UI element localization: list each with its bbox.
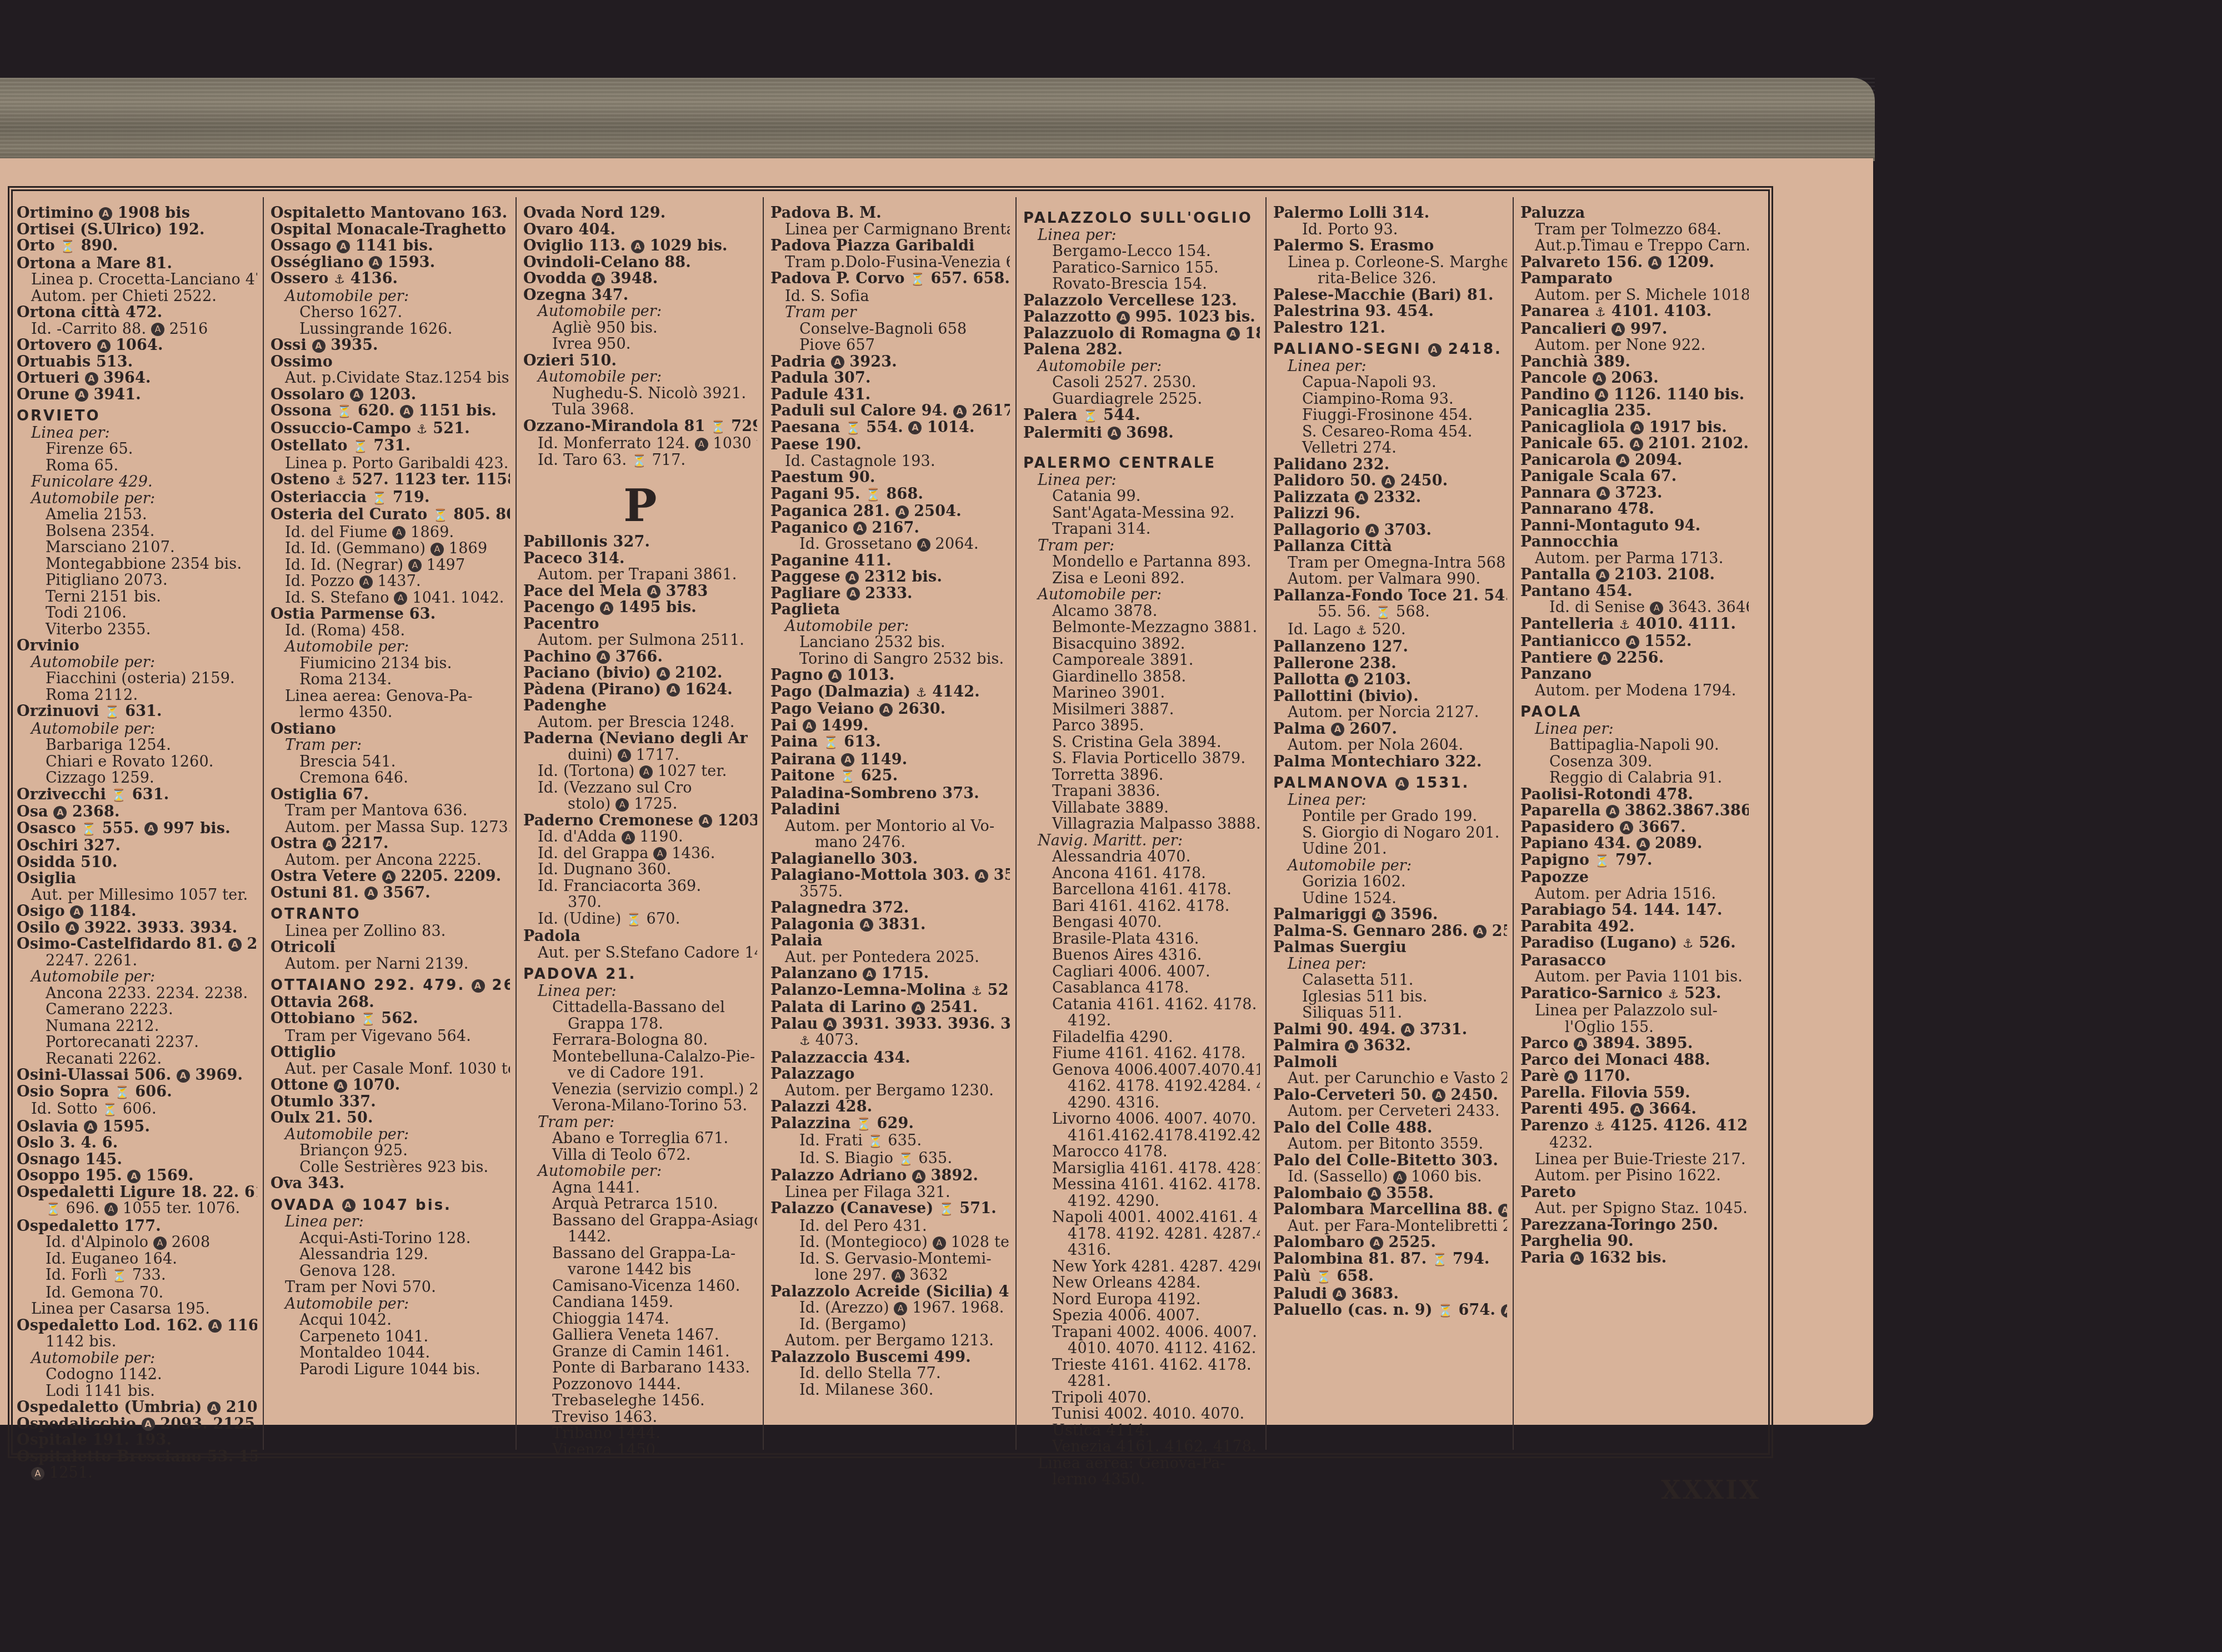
station-sub-entry: Alessandria 4070. — [1023, 849, 1260, 865]
station-sub-entry: Id. di Senise A 3643. 3646. — [1520, 599, 1749, 616]
station-entry: Oulx 21. 50. — [271, 1110, 510, 1127]
station-sub-entry: Ustica 4114. — [1023, 1423, 1260, 1439]
station-entry: Palermo S. Erasmo — [1273, 238, 1507, 254]
tram-service-icon: ⏳ — [361, 1012, 376, 1028]
bus-service-icon: A — [847, 587, 860, 600]
station-sub-entry: Linea aerea: Genova-Pa- — [271, 688, 510, 705]
station-entry: Paceco 314. — [523, 550, 757, 567]
station-sub-entry: Pontile per Grado 199. — [1273, 808, 1507, 825]
bus-service-icon: A — [895, 505, 909, 519]
station-entry: Paganico A 2167. — [770, 520, 1010, 537]
bus-service-icon: A — [828, 669, 842, 683]
bus-service-icon: A — [975, 869, 988, 883]
bus-service-icon: A — [1620, 821, 1633, 834]
station-entry: Pandino A 1126. 1140 bis. — [1520, 387, 1749, 403]
station-sub-entry: Ponte di Barbarano 1433. — [523, 1360, 757, 1376]
station-sub-entry: A 1251. — [17, 1465, 257, 1481]
station-entry: Parco dei Monaci 488. — [1520, 1052, 1749, 1069]
station-sub-entry: Tram per: — [523, 1114, 757, 1131]
tram-service-icon: ⏳ — [856, 1117, 872, 1133]
bus-service-icon: A — [699, 814, 712, 828]
bus-service-icon: A — [1393, 1171, 1407, 1184]
bus-service-icon: A — [657, 667, 670, 680]
station-sub-entry: Ferrara-Bologna 80. — [523, 1032, 757, 1049]
station-entry: Palo-Cerveteri 50. A 2450. — [1273, 1087, 1507, 1104]
station-sub-entry: Acqui 1042. — [271, 1312, 510, 1329]
station-sub-entry: 4178. 4192. 4281. 4287.4290. — [1023, 1226, 1260, 1243]
ship-service-icon: ⚓ — [417, 422, 428, 438]
station-entry: Panchià 389. — [1520, 354, 1749, 371]
station-entry: Palmariggi A 3596. — [1273, 907, 1507, 923]
station-sub-entry: Venezia (servizio compl.) 205 — [523, 1082, 757, 1098]
station-sub-entry: Id. Taro 63. ⏳ 717. — [523, 452, 757, 470]
station-entry: Paratico-Sarnico ⚓ 523. — [1520, 985, 1749, 1003]
station-entry: Padova B. M. — [770, 205, 1010, 222]
station-entry: Palazzaccia 434. — [770, 1050, 1010, 1067]
station-sub-entry: Id. Dugnano 360. — [523, 862, 757, 878]
station-sub-entry: Linea per: — [1520, 721, 1749, 738]
station-sub-entry: Bolsena 2354. — [17, 523, 257, 540]
index-column-7: PaluzzaTram per Tolmezzo 684.Aut.p.Timau… — [1513, 197, 1754, 1450]
ship-service-icon: ⚓ — [1594, 1119, 1605, 1135]
station-entry: Paria A 1632 bis. — [1520, 1250, 1749, 1266]
station-entry: Ottone A 1070. — [271, 1077, 510, 1094]
station-sub-entry: Bassano del Grappa-La- — [523, 1245, 757, 1262]
station-sub-entry: Linea p. Corleone-S. Marghe — [1273, 254, 1507, 271]
station-entry: Pancalieri A 997. — [1520, 321, 1749, 338]
ship-service-icon: ⚓ — [971, 983, 982, 1000]
station-sub-entry: Lussingrande 1626. — [271, 321, 510, 338]
station-sub-entry: Parco 3895. — [1023, 718, 1260, 734]
bus-service-icon: A — [342, 1199, 356, 1212]
station-sub-entry: Brescia 541. — [271, 754, 510, 770]
bus-service-icon: A — [392, 526, 406, 539]
station-entry: Ostuni 81. A 3567. — [271, 885, 510, 902]
bus-service-icon: A — [1117, 311, 1130, 324]
station-sub-entry: Tram per: — [271, 737, 510, 754]
tram-service-icon: ⏳ — [61, 239, 76, 256]
station-entry: Pannara A 3723. — [1520, 485, 1749, 502]
station-entry: Palazzolo Buscemi 499. — [770, 1349, 1010, 1366]
station-entry: Pago (Dalmazia) ⚓ 4142. — [770, 684, 1010, 702]
station-sub-entry: Cherso 1627. — [271, 304, 510, 321]
station-entry: Ovodda A 3948. — [523, 271, 757, 287]
station-sub-entry: Automobile per: — [271, 288, 510, 305]
station-sub-entry: ⏳ 696. A 1055 ter. 1076. — [17, 1200, 257, 1218]
station-entry: Palau A 3931. 3933. 3936. 3949. — [770, 1016, 1010, 1033]
station-sub-entry: Tram per Vigevano 564. — [271, 1028, 510, 1045]
station-sub-entry: Filadelfia 4290. — [1023, 1029, 1260, 1046]
bus-service-icon: A — [408, 559, 422, 572]
bus-service-icon: A — [667, 683, 680, 697]
station-entry: Paduli sul Calore 94. A 2617. — [770, 403, 1010, 419]
station-entry: Padenghe — [523, 698, 757, 714]
station-sub-entry: S. Cristina Gela 3894. — [1023, 734, 1260, 751]
station-entry: Palazzotto A 995. 1023 bis. — [1023, 309, 1260, 326]
station-entry: Pantiere A 2256. — [1520, 650, 1749, 667]
station-entry: Pannarano 478. — [1520, 501, 1749, 518]
station-entry: Ospedalicchio A 2093. 2125. — [17, 1416, 257, 1433]
station-entry: Paladina-Sombreno 373. — [770, 785, 1010, 802]
station-entry: Pagno A 1013. — [770, 667, 1010, 684]
station-entry: Parabita 492. — [1520, 919, 1749, 935]
station-entry: Ospitaletto Mantovano 163. — [271, 205, 510, 222]
station-sub-entry: Alessandria 129. — [271, 1246, 510, 1263]
station-entry: Pallottini (bivio). — [1273, 688, 1507, 705]
bus-service-icon: A — [144, 822, 158, 835]
station-entry: Ovada Nord 129. — [523, 205, 757, 222]
major-station-heading: PALERMO CENTRALE — [1023, 455, 1260, 472]
station-sub-entry: Casoli 2527. 2530. — [1023, 374, 1260, 391]
station-entry: Osidda 510. — [17, 854, 257, 871]
station-sub-entry: 1442. — [523, 1229, 757, 1245]
station-entry: Palù ⏳ 658. — [1273, 1268, 1507, 1286]
station-sub-entry: Autom. per Montorio al Vo- — [770, 818, 1010, 835]
bus-service-icon: A — [359, 575, 373, 589]
station-sub-entry: Id. (Bergamo) — [770, 1316, 1010, 1333]
station-entry: Parco A 3894. 3895. — [1520, 1035, 1749, 1052]
tram-service-icon: ⏳ — [104, 704, 120, 721]
station-sub-entry: Chioggia 1474. — [523, 1311, 757, 1328]
station-sub-entry: lermo 4350. — [271, 704, 510, 721]
station-sub-entry: Autom. per Trapani 3861. — [523, 567, 757, 583]
station-sub-entry: Treviso 1463. — [523, 1409, 757, 1426]
station-sub-entry: Id. (Tortona) A 1027 ter. — [523, 763, 757, 780]
station-sub-entry: Camisano-Vicenza 1460. — [523, 1278, 757, 1295]
station-sub-entry: Linea per: — [1023, 472, 1260, 489]
station-sub-entry: Verona-Milano-Torino 53. — [523, 1098, 757, 1114]
station-sub-entry: Linea per: — [271, 1214, 510, 1230]
station-sub-entry: Chiari e Rovato 1260. — [17, 754, 257, 770]
bus-service-icon: A — [597, 650, 610, 664]
station-sub-entry: Id. Porto 93. — [1273, 222, 1507, 238]
bus-service-icon: A — [85, 372, 98, 386]
bus-service-icon: A — [207, 1401, 221, 1415]
station-entry: Palese-Macchie (Bari) 81. — [1273, 287, 1507, 304]
station-entry: Palestrina 93. 454. — [1273, 303, 1507, 320]
station-sub-entry: Paratico-Sarnico 155. — [1023, 260, 1260, 277]
bus-service-icon: A — [892, 1269, 905, 1283]
bus-service-icon: A — [1630, 438, 1643, 451]
bus-service-icon: A — [334, 1079, 347, 1093]
station-entry: Palestro 121. — [1273, 320, 1507, 337]
bus-service-icon: A — [615, 798, 629, 812]
bus-service-icon: A — [97, 339, 111, 353]
station-entry: Palombaro A 2525. — [1273, 1234, 1507, 1251]
station-entry: Paganica 281. A 2504. — [770, 503, 1010, 520]
station-entry: Ossimo — [271, 354, 510, 371]
station-entry: Palo del Colle-Bitetto 303. — [1273, 1153, 1507, 1169]
station-entry: Palata di Larino A 2541. — [770, 999, 1010, 1016]
tram-service-icon: ⏳ — [114, 1085, 130, 1102]
bus-service-icon: A — [823, 1018, 837, 1031]
station-sub-entry: Barcellona 4161. 4178. — [1023, 882, 1260, 898]
station-entry: Palma-S. Gennaro 286. A 2507. — [1273, 923, 1507, 940]
bus-service-icon: A — [1473, 925, 1487, 938]
station-sub-entry: Tram p.Dolo-Fusina-Venezia 674 — [770, 254, 1010, 271]
station-sub-entry: Livorno 4006. 4007. 4070. — [1023, 1111, 1260, 1128]
bus-service-icon: A — [1570, 1251, 1584, 1265]
station-entry: Ostia Parmense 63. — [271, 606, 510, 623]
bus-service-icon: A — [618, 749, 631, 762]
station-entry: Osini-Ulassai 506. A 3969. — [17, 1067, 257, 1084]
station-sub-entry: Linea per Filaga 321. — [770, 1184, 1010, 1201]
station-sub-entry: Aut. per Pontedera 2025. — [770, 949, 1010, 966]
station-sub-entry: Linea aerea: Genova-Pa- — [1023, 1455, 1260, 1472]
tram-service-icon: ⏳ — [372, 490, 388, 507]
station-entry: Palizzi 96. — [1273, 505, 1507, 522]
station-sub-entry: Autom. per Modena 1794. — [1520, 683, 1749, 699]
station-sub-entry: Siliquas 511. — [1273, 1005, 1507, 1022]
station-sub-entry: Tram per Mantova 636. — [271, 803, 510, 819]
bus-service-icon: A — [400, 405, 413, 418]
station-sub-entry: Id. S. Sofia — [770, 288, 1010, 305]
tram-service-icon: ⏳ — [433, 508, 448, 524]
bus-service-icon: A — [1368, 1187, 1381, 1200]
station-entry: Papasidero A 3667. — [1520, 819, 1749, 836]
station-entry: Pacengo A 1495 bis. — [523, 599, 757, 616]
station-entry: Paderno Cremonese A 1203. — [523, 813, 757, 829]
station-entry: Pancole A 2063. — [1520, 370, 1749, 387]
station-entry: Pallerone 238. — [1273, 655, 1507, 672]
station-entry: Ossero ⚓ 4136. — [271, 271, 510, 288]
station-entry: Palma A 2607. — [1273, 721, 1507, 738]
page-number: XXXIX — [1661, 1475, 1760, 1505]
bus-service-icon: A — [208, 1319, 222, 1333]
ship-service-icon: ⚓ — [334, 272, 345, 288]
station-entry: Ottobiano ⏳ 562. — [271, 1010, 510, 1028]
ship-service-icon: ⚓ — [1619, 617, 1630, 634]
bus-service-icon: A — [104, 1203, 118, 1216]
station-entry: Panni-Montaguto 94. — [1520, 518, 1749, 534]
station-entry: Orune A 3941. — [17, 387, 257, 403]
bus-service-icon: A — [647, 585, 660, 598]
station-sub-entry: 4290. 4316. — [1023, 1095, 1260, 1112]
station-entry: Palma Montechiaro 322. — [1273, 754, 1507, 770]
station-sub-entry: Automobile per: — [17, 1350, 257, 1367]
station-sub-entry: Tram per Omegna-Intra 568. — [1273, 555, 1507, 572]
station-sub-entry: stolo) A 1725. — [523, 796, 757, 813]
tram-service-icon: ⏳ — [626, 912, 642, 929]
station-sub-entry: Automobile per: — [271, 1296, 510, 1313]
bus-service-icon: A — [1345, 1040, 1358, 1053]
station-sub-entry: Agliè 950 bis. — [523, 320, 757, 337]
station-sub-entry: Automobile per: — [1023, 358, 1260, 375]
station-entry: Paolisi-Rotondi 478. — [1520, 787, 1749, 803]
station-sub-entry: Aut.p.Timau e Treppo Carn.1563 — [1520, 238, 1749, 254]
station-sub-entry: Portorecanati 2237. — [17, 1034, 257, 1051]
station-sub-entry: Cosenza 309. — [1520, 754, 1749, 770]
tram-service-icon: ⏳ — [910, 272, 925, 288]
station-entry: Osio Sopra ⏳ 606. — [17, 1084, 257, 1102]
station-sub-entry: Buenos Aires 4316. — [1023, 947, 1260, 964]
station-entry: Palagnedra 372. — [770, 900, 1010, 917]
station-entry: Papigno ⏳ 797. — [1520, 852, 1749, 870]
bus-service-icon: A — [1372, 909, 1385, 922]
station-sub-entry: Galliera Veneta 1467. — [523, 1327, 757, 1344]
station-sub-entry: Trapani 4002. 4006. 4007. — [1023, 1324, 1260, 1341]
bus-service-icon: A — [1428, 343, 1442, 357]
station-entry: Osnago 145. — [17, 1152, 257, 1168]
station-sub-entry: Id. S. Stefano A 1041. 1042. — [271, 590, 510, 607]
station-sub-entry: 4162. 4178. 4192.4284. 4287. — [1023, 1078, 1260, 1095]
station-sub-entry: Id. (Vezzano sul Cro — [523, 780, 757, 797]
station-entry: Palanzo-Lemna-Molina ⚓ 521. — [770, 982, 1010, 1000]
ship-service-icon: ⚓ — [1595, 304, 1606, 321]
station-sub-entry: Linea p. Porto Garibaldi 423. — [271, 455, 510, 472]
station-entry: Pabillonis 327. — [523, 534, 757, 550]
bus-service-icon: A — [653, 847, 667, 860]
station-sub-entry: Linea per: — [1023, 227, 1260, 244]
station-sub-entry: Id. Forlì ⏳ 733. — [17, 1267, 257, 1285]
bus-service-icon: A — [600, 602, 613, 615]
station-entry: Parasacco — [1520, 953, 1749, 969]
station-sub-entry: Id. Pozzo A 1437. — [271, 573, 510, 590]
station-entry: Paludi A 3683. — [1273, 1286, 1507, 1303]
station-entry: Ortona città 472. — [17, 304, 257, 321]
station-sub-entry: Messina 4161. 4162. 4178. — [1023, 1177, 1260, 1193]
station-sub-entry: Acqui-Asti-Torino 128. — [271, 1230, 510, 1247]
station-sub-entry: Id. S. Gervasio-Montemi- — [770, 1251, 1010, 1268]
station-sub-entry: Autom. per S. Michele 1018. — [1520, 287, 1749, 304]
major-station-heading: PADOVA 21. — [523, 967, 757, 983]
station-sub-entry: Catania 4161. 4162. 4178. — [1023, 997, 1260, 1013]
station-sub-entry: Id. dello Stella 77. — [770, 1365, 1010, 1382]
station-entry: Orvinio — [17, 638, 257, 654]
station-sub-entry: Lodi 1141 bis. — [17, 1383, 257, 1400]
tram-service-icon: ⏳ — [898, 1152, 914, 1168]
station-sub-entry: Id. del Fiume A 1869. — [271, 524, 510, 541]
bus-service-icon: A — [75, 388, 88, 402]
station-entry: Papozze — [1520, 869, 1749, 886]
station-sub-entry: Aut. per Fara-Montelibretti 2116 — [1273, 1218, 1507, 1235]
station-sub-entry: Torretta 3896. — [1023, 767, 1260, 784]
bus-service-icon: A — [917, 538, 930, 552]
station-entry: Panicaglia 235. — [1520, 403, 1749, 419]
station-entry: Osa A 2368. — [17, 804, 257, 820]
station-entry: Papiano 434. A 2089. — [1520, 835, 1749, 852]
station-entry: Parenzo ⚓ 4125. 4126. 4127. 4131. — [1520, 1118, 1749, 1135]
station-entry: Ottavia 268. — [271, 994, 510, 1011]
station-sub-entry: Autom. per Parma 1713. — [1520, 550, 1749, 567]
station-sub-entry: Autom. per None 922. — [1520, 337, 1749, 354]
station-entry: Pareto — [1520, 1184, 1749, 1201]
station-entry: Palermiti A 3698. — [1023, 425, 1260, 442]
station-entry: Osségliano A 1593. — [271, 254, 510, 271]
station-entry: Paglieta — [770, 602, 1010, 618]
station-sub-entry: Marocco 4178. — [1023, 1144, 1260, 1160]
station-sub-entry: Cagliari 4006. 4007. — [1023, 964, 1260, 980]
station-entry: Paciano (bivio) A 2102. — [523, 665, 757, 682]
station-sub-entry: Tripoli 4070. — [1023, 1390, 1260, 1406]
tram-service-icon: ⏳ — [868, 1134, 883, 1150]
major-station-heading: OTRANTO — [271, 907, 510, 923]
bus-service-icon: A — [1612, 323, 1625, 336]
station-entry: Pamparato — [1520, 271, 1749, 287]
station-entry: Ortisei (S.Ulrico) 192. — [17, 222, 257, 238]
station-sub-entry: Sant'Agata-Messina 92. — [1023, 505, 1260, 522]
station-sub-entry: Todi 2106. — [17, 605, 257, 622]
station-sub-entry: Bengasi 4070. — [1023, 914, 1260, 931]
bus-service-icon: A — [1648, 256, 1662, 269]
station-sub-entry: Funicolare 429. — [17, 474, 257, 490]
station-entry: Paluzza — [1520, 205, 1749, 222]
station-sub-entry: Autom. per Brescia 1248. — [523, 714, 757, 731]
station-sub-entry: Autom. per Pavia 1101 bis. — [1520, 969, 1749, 985]
station-entry: Paestum 90. — [770, 469, 1010, 486]
station-entry: Parezzana-Toringo 250. — [1520, 1217, 1749, 1234]
station-entry: Otricoli — [271, 939, 510, 956]
bus-service-icon: A — [99, 207, 112, 221]
station-sub-entry: Autom. per Nola 2604. — [1273, 737, 1507, 754]
bus-service-icon: A — [127, 1170, 141, 1183]
bus-service-icon: A — [323, 838, 336, 851]
station-sub-entry: Candiana 1459. — [523, 1294, 757, 1311]
station-sub-entry: Marsiglia 4161. 4178. 4281. — [1023, 1160, 1260, 1177]
station-sub-entry: Aut. per S.Stefano Cadore 1451 — [523, 945, 757, 962]
station-sub-entry: 4010. 4070. 4112. 4162. — [1023, 1340, 1260, 1357]
bus-service-icon: A — [860, 918, 873, 932]
station-entry: Palagonia A 3831. — [770, 917, 1010, 933]
station-sub-entry: Cittadella-Bassano del — [523, 999, 757, 1016]
station-sub-entry: Automobile per: — [17, 969, 257, 985]
station-sub-entry: Tram per: — [1023, 538, 1260, 554]
station-sub-entry: Autom. per Bergamo 1213. — [770, 1333, 1010, 1349]
station-entry: Padula 307. — [770, 370, 1010, 387]
station-sub-entry: Id. Monferrato 124. A 1030 ter — [523, 435, 757, 452]
station-sub-entry: Bergamo-Lecco 154. — [1023, 243, 1260, 260]
station-entry: Palizzata A 2332. — [1273, 489, 1507, 506]
station-sub-entry: Genova 128. — [271, 1263, 510, 1280]
index-column-1: Ortimino A 1908 bisOrtisei (S.Ulrico) 19… — [10, 197, 263, 1450]
bus-service-icon: A — [1331, 723, 1344, 736]
station-sub-entry: Fiuggi-Frosinone 454. — [1273, 407, 1507, 424]
station-entry: Palazzolo Vercellese 123. — [1023, 293, 1260, 309]
station-sub-entry: Linea per: — [1273, 956, 1507, 973]
station-sub-entry: Brasile-Plata 4316. — [1023, 931, 1260, 948]
station-sub-entry: Venezia 4161. 4162. 4178. — [1023, 1439, 1260, 1455]
ship-service-icon: ⚓ — [916, 685, 927, 702]
station-sub-entry: Amelia 2153. — [17, 507, 257, 523]
bus-service-icon: A — [1630, 1103, 1644, 1117]
station-entry: Ossolaro A 1203. — [271, 387, 510, 403]
station-entry: Panicale 65. A 2101. 2102. — [1520, 435, 1749, 452]
station-entry: Oviglio 113. A 1029 bis. — [523, 238, 757, 254]
station-entry: Padria A 3923. — [770, 354, 1010, 371]
station-entry: Ovaro 404. — [523, 222, 757, 238]
station-entry: Paesana ⏳ 554. A 1014. — [770, 419, 1010, 437]
station-entry: Paderna (Neviano degli Ar — [523, 730, 757, 747]
station-entry: Ospitale 191. 193. — [17, 1432, 257, 1449]
station-sub-entry: Briançon 925. — [271, 1143, 510, 1159]
station-entry: Oslo 3. 4. 6. — [17, 1135, 257, 1152]
station-sub-entry: Id. (Udine) ⏳ 670. — [523, 911, 757, 929]
station-sub-entry: Reggio di Calabria 91. — [1520, 770, 1749, 787]
bus-service-icon: A — [70, 905, 83, 919]
station-sub-entry: Autom. per Chieti 2522. — [17, 288, 257, 305]
bus-service-icon: A — [695, 438, 708, 451]
station-entry: Palazzi 428. — [770, 1099, 1010, 1115]
station-entry: Osteriaccia ⏳ 719. — [271, 489, 510, 507]
station-sub-entry: Id. del Grappa A 1436. — [523, 845, 757, 862]
station-sub-entry: Nord Europa 4192. — [1023, 1291, 1260, 1308]
bus-service-icon: A — [1637, 838, 1650, 851]
bus-service-icon: A — [631, 240, 644, 253]
station-sub-entry: Napoli 4001. 4002.4161. 4162. — [1023, 1209, 1260, 1226]
station-sub-entry: rita-Belice 326. — [1273, 271, 1507, 287]
station-entry: Orzivecchi ⏳ 631. — [17, 787, 257, 804]
index-column-3: Ovada Nord 129.Ovaro 404.Oviglio 113. A … — [516, 197, 763, 1450]
